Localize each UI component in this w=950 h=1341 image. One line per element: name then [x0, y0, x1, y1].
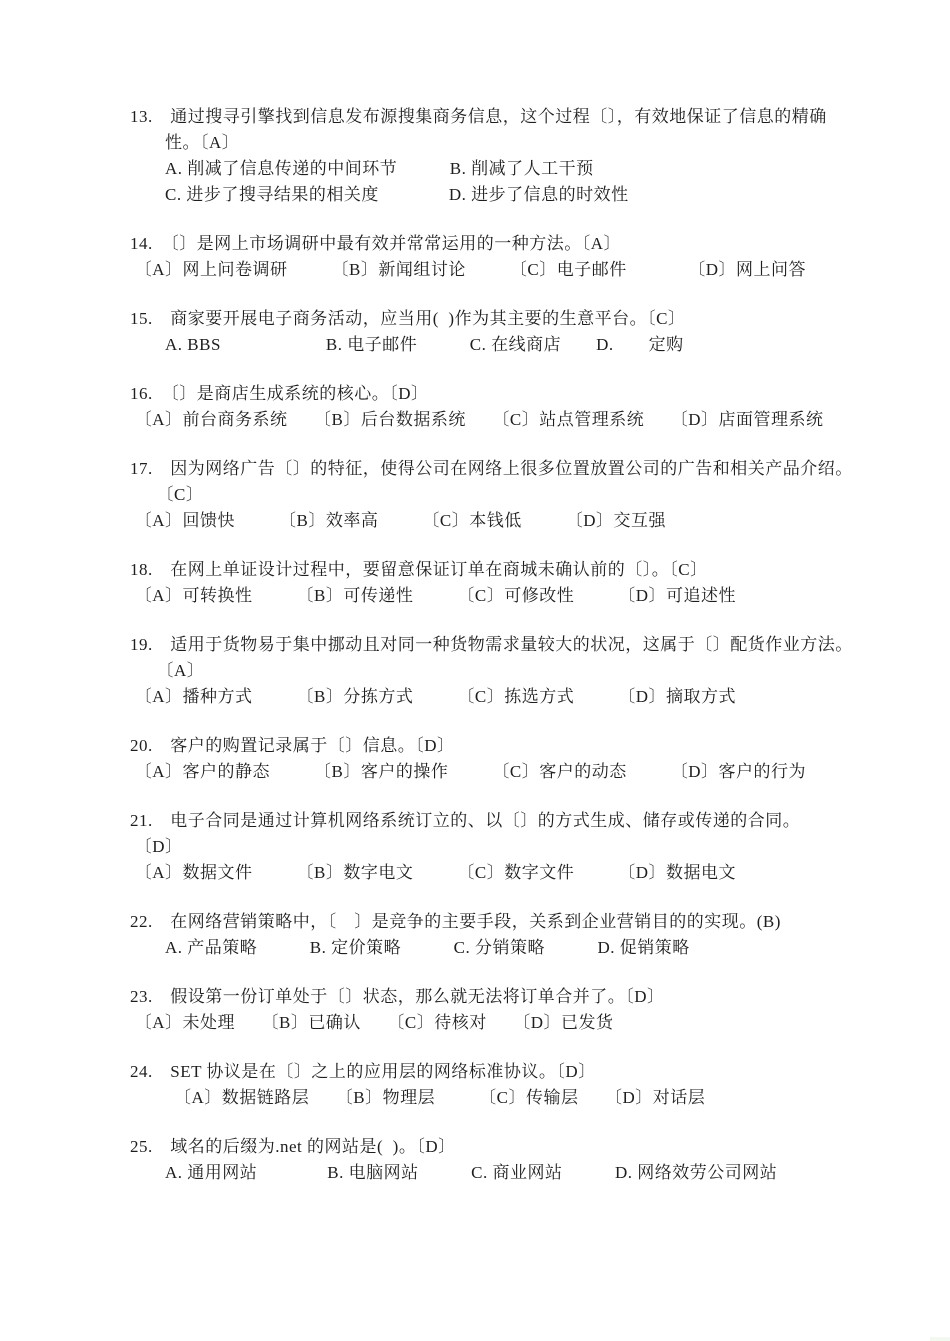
question-line: 25. 域名的后缀为.net 的网站是( )。〔D〕 — [130, 1134, 840, 1160]
question-15: 15. 商家要开展电子商务活动，应当用( )作为其主要的生意平台。〔C〕 A. … — [130, 306, 840, 358]
question-line: A. 通用网站 B. 电脑网站 C. 商业网站 D. 网络效劳公司网站 — [130, 1160, 840, 1186]
question-list: 13. 通过搜寻引擎找到信息发布源搜集商务信息，这个过程〔〕，有效地保证了信息的… — [130, 104, 840, 1186]
question-line: 18. 在网上单证设计过程中，要留意保证订单在商城未确认前的〔〕。〔C〕 — [130, 557, 840, 583]
question-line: 〔A〕播种方式 〔B〕分拣方式 〔C〕拣选方式 〔D〕摘取方式 — [130, 684, 840, 710]
question-19: 19. 适用于货物易于集中挪动且对同一种货物需求量较大的状况，这属于〔〕配货作业… — [130, 632, 840, 710]
question-line: A. 产品策略 B. 定价策略 C. 分销策略 D. 促销策略 — [130, 935, 840, 961]
question-line: 〔A〕数据链路层 〔B〕物理层 〔C〕传输层 〔D〕对话层 — [130, 1085, 840, 1111]
question-line: 〔A〕未处理 〔B〕已确认 〔C〕待核对 〔D〕已发货 — [130, 1010, 840, 1036]
question-20: 20. 客户的购置记录属于〔〕信息。〔D〕 〔A〕客户的静态 〔B〕客户的操作 … — [130, 733, 840, 785]
question-line: 24. SET 协议是在〔〕之上的应用层的网络标准协议。〔D〕 — [130, 1059, 840, 1085]
question-line: 〔C〕 — [130, 482, 840, 508]
scan-artifact — [930, 1337, 950, 1341]
question-line: 22. 在网络营销策略中，〔 〕是竞争的主要手段，关系到企业营销目的的实现。(B… — [130, 909, 840, 935]
question-line: 13. 通过搜寻引擎找到信息发布源搜集商务信息，这个过程〔〕，有效地保证了信息的… — [130, 104, 840, 130]
question-23: 23. 假设第一份订单处于〔〕状态，那么就无法将订单合并了。〔D〕 〔A〕未处理… — [130, 984, 840, 1036]
document-page: 13. 通过搜寻引擎找到信息发布源搜集商务信息，这个过程〔〕，有效地保证了信息的… — [0, 0, 950, 1341]
question-24: 24. SET 协议是在〔〕之上的应用层的网络标准协议。〔D〕 〔A〕数据链路层… — [130, 1059, 840, 1111]
question-line: 17. 因为网络广告〔〕的特征，使得公司在网络上很多位置放置公司的广告和相关产品… — [130, 456, 840, 482]
question-line: 性。〔A〕 — [130, 130, 840, 156]
question-21: 21. 电子合同是通过计算机网络系统订立的、以〔〕的方式生成、储存或传递的合同。… — [130, 808, 840, 886]
question-line: 21. 电子合同是通过计算机网络系统订立的、以〔〕的方式生成、储存或传递的合同。 — [130, 808, 840, 834]
question-line: C. 进步了搜寻结果的相关度 D. 进步了信息的时效性 — [130, 182, 840, 208]
question-line: 〔A〕可转换性 〔B〕可传递性 〔C〕可修改性 〔D〕可追述性 — [130, 583, 840, 609]
question-line: 〔A〕数据文件 〔B〕数字电文 〔C〕数字文件 〔D〕数据电文 — [130, 860, 840, 886]
question-line: 〔A〕前台商务系统 〔B〕后台数据系统 〔C〕站点管理系统 〔D〕店面管理系统 — [130, 407, 840, 433]
question-line: 16. 〔〕是商店生成系统的核心。〔D〕 — [130, 381, 840, 407]
question-line: 〔D〕 — [130, 834, 840, 860]
question-line: 19. 适用于货物易于集中挪动且对同一种货物需求量较大的状况，这属于〔〕配货作业… — [130, 632, 840, 658]
question-line: 〔A〕客户的静态 〔B〕客户的操作 〔C〕客户的动态 〔D〕客户的行为 — [130, 759, 840, 785]
question-17: 17. 因为网络广告〔〕的特征，使得公司在网络上很多位置放置公司的广告和相关产品… — [130, 456, 840, 534]
question-13: 13. 通过搜寻引擎找到信息发布源搜集商务信息，这个过程〔〕，有效地保证了信息的… — [130, 104, 840, 208]
question-line: 〔A〕回馈快 〔B〕效率高 〔C〕本钱低 〔D〕交互强 — [130, 508, 840, 534]
question-line: A. 削减了信息传递的中间环节 B. 削减了人工干预 — [130, 156, 840, 182]
question-line: 23. 假设第一份订单处于〔〕状态，那么就无法将订单合并了。〔D〕 — [130, 984, 840, 1010]
question-line: A. BBS B. 电子邮件 C. 在线商店 D. 定购 — [130, 332, 840, 358]
question-18: 18. 在网上单证设计过程中，要留意保证订单在商城未确认前的〔〕。〔C〕 〔A〕… — [130, 557, 840, 609]
question-16: 16. 〔〕是商店生成系统的核心。〔D〕 〔A〕前台商务系统 〔B〕后台数据系统… — [130, 381, 840, 433]
question-line: 〔A〕 — [130, 658, 840, 684]
question-line: 20. 客户的购置记录属于〔〕信息。〔D〕 — [130, 733, 840, 759]
question-14: 14. 〔〕是网上市场调研中最有效并常常运用的一种方法。〔A〕 〔A〕网上问卷调… — [130, 231, 840, 283]
question-22: 22. 在网络营销策略中，〔 〕是竞争的主要手段，关系到企业营销目的的实现。(B… — [130, 909, 840, 961]
question-line: 〔A〕网上问卷调研 〔B〕新闻组讨论 〔C〕电子邮件 〔D〕网上问答 — [130, 257, 840, 283]
question-line: 14. 〔〕是网上市场调研中最有效并常常运用的一种方法。〔A〕 — [130, 231, 840, 257]
question-25: 25. 域名的后缀为.net 的网站是( )。〔D〕 A. 通用网站 B. 电脑… — [130, 1134, 840, 1186]
question-line: 15. 商家要开展电子商务活动，应当用( )作为其主要的生意平台。〔C〕 — [130, 306, 840, 332]
